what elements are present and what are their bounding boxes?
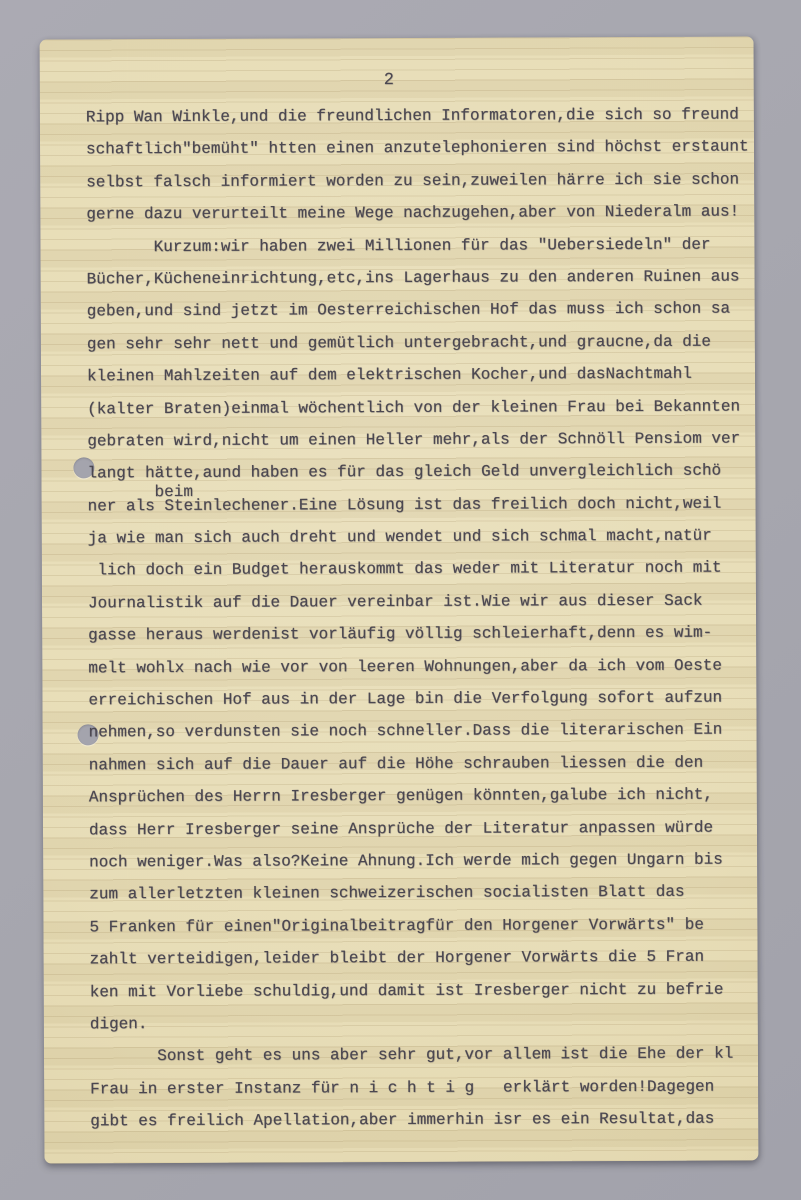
text-line: noch weniger.Was also?Keine Ahnung.Ich w…: [89, 843, 757, 878]
text-line: (kalter Braten)einmal wöchentlich von de…: [87, 390, 755, 425]
text-line: gasse heraus werdenist vorläufig völlig …: [88, 617, 756, 652]
text-line: digen.: [90, 1005, 758, 1040]
text-line: Bücher,Kücheneinrichtung,etc,ins Lagerha…: [87, 260, 755, 295]
text-line: nahmen sich auf die Dauer auf die Höhe s…: [89, 746, 757, 781]
text-line: ja wie man sich auch dreht und wendet un…: [88, 520, 756, 555]
text-line: dass Herr Iresberger seine Ansprüche der…: [89, 811, 757, 846]
text-line: gen sehr sehr nett und gemütlich unterge…: [87, 325, 755, 360]
scan-background: 2 beim Ripp Wan Winkle,und die freundlic…: [0, 0, 801, 1200]
page-number: 2: [384, 71, 394, 91]
text-line: selbst falsch informiert worden zu sein,…: [86, 163, 754, 198]
text-line: melt wohlx nach wie vor von leeren Wohnu…: [88, 649, 756, 684]
text-line: 5 Franken für einen"Originalbeitragfür d…: [89, 908, 757, 943]
text-line: schaftlich"bemüht" htten einen anzutelep…: [86, 131, 754, 166]
text-line: gibt es freilich Apellation,aber immerhi…: [90, 1103, 758, 1138]
text-line: nehmen,so verdunsten sie noch schneller.…: [89, 714, 757, 749]
text-line: zahlt verteidigen,leider bleibt der Horg…: [89, 941, 757, 976]
text-line: gebraten wird,nicht um einen Heller mehr…: [87, 422, 755, 457]
text-line: Kurzum:wir haben zwei Millionen für das …: [86, 228, 754, 263]
typewritten-text-block: Ripp Wan Winkle,und die freundlichen Inf…: [86, 98, 759, 1137]
text-line: Ripp Wan Winkle,und die freundlichen Inf…: [86, 98, 754, 133]
text-line: erreichischen Hof aus in der Lage bin di…: [88, 681, 756, 716]
text-line: gerne dazu verurteilt meine Wege nachzug…: [86, 196, 754, 231]
text-line: Ansprüchen des Herrn Iresberger genügen …: [89, 779, 757, 814]
text-line: Sonst geht es uns aber sehr gut,vor alle…: [90, 1038, 758, 1073]
text-line: ner als Steinlechener.Eine Lösung ist da…: [88, 487, 756, 522]
text-line: geben,und sind jetzt im Oesterreichische…: [87, 293, 755, 328]
text-line: langt hätte,aund haben es für das gleich…: [87, 455, 755, 490]
text-line: ken mit Vorliebe schuldig,und damit ist …: [90, 973, 758, 1008]
text-line: zum allerletzten kleinen schweizerischen…: [89, 876, 757, 911]
text-line: kleinen Mahlzeiten auf dem elektrischen …: [87, 358, 755, 393]
text-line: Frau in erster Instanz für n i c h t i g…: [90, 1070, 758, 1105]
text-line: Journalistik auf die Dauer vereinbar ist…: [88, 584, 756, 619]
text-line: lich doch ein Budget herauskommt das wed…: [88, 552, 756, 587]
typewritten-letter-page: 2 beim Ripp Wan Winkle,und die freundlic…: [40, 36, 759, 1163]
